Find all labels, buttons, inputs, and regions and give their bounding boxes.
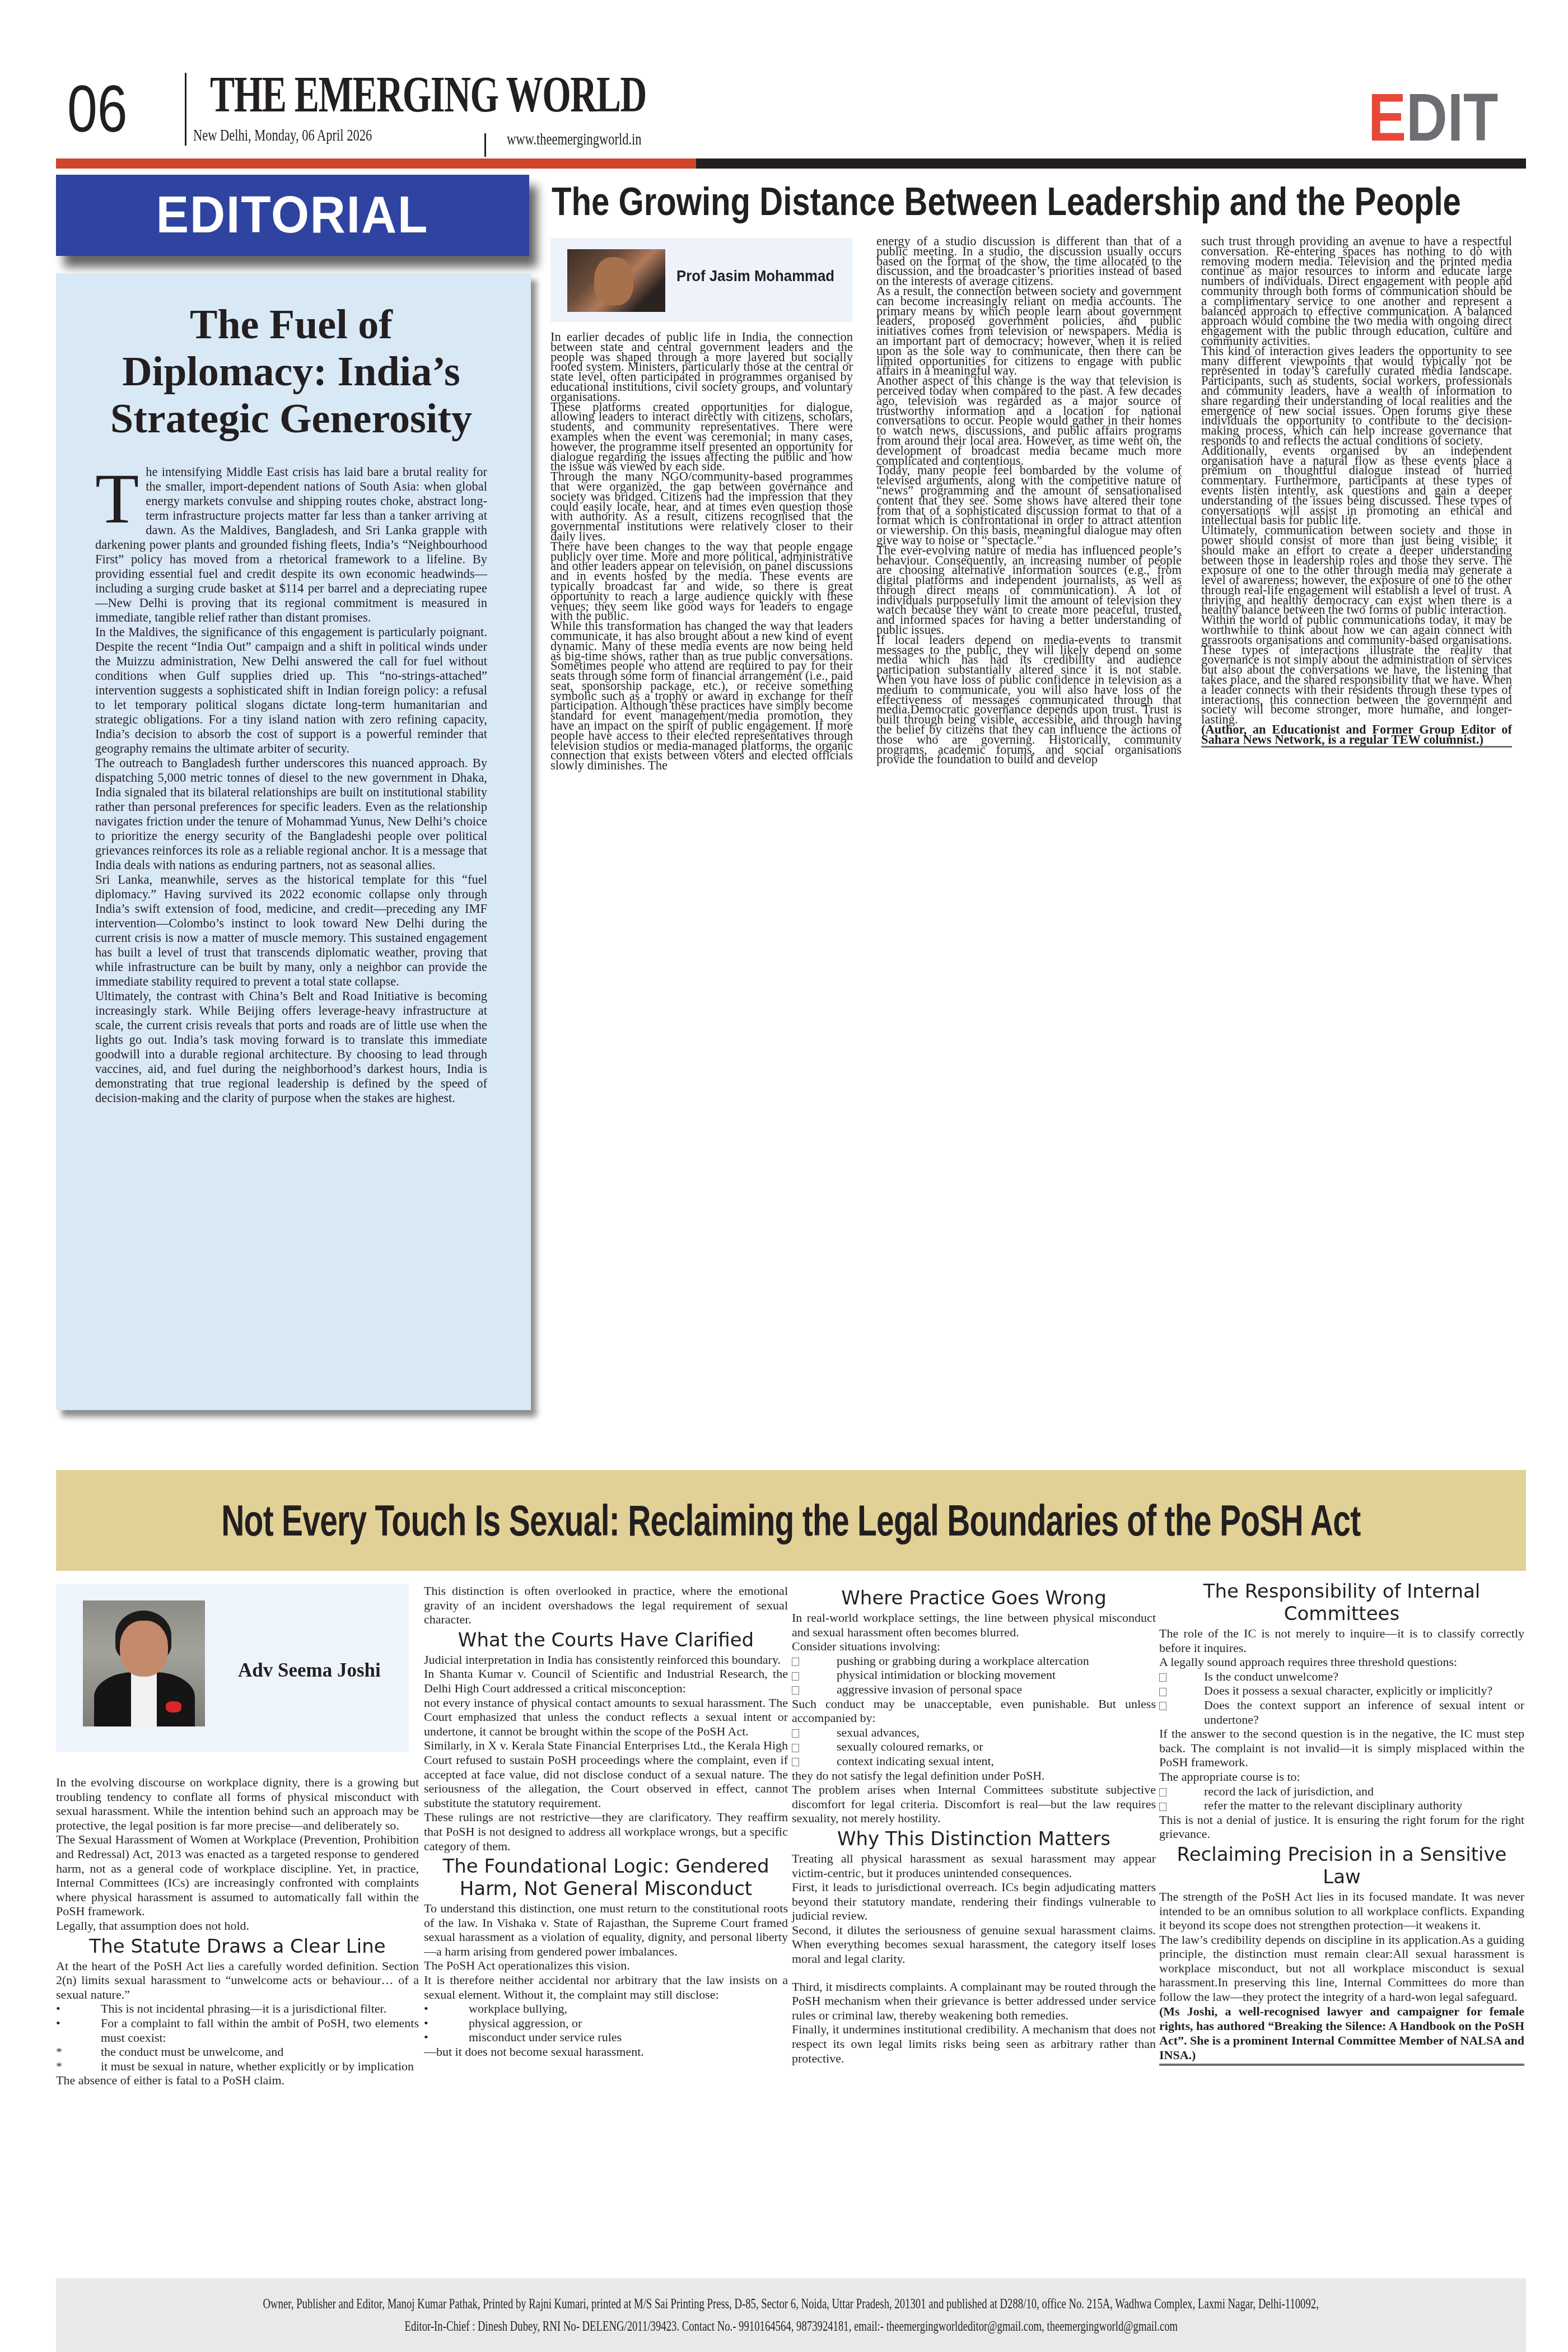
article-paragraph: Consider situations involving:: [792, 1639, 1156, 1654]
section-heading: Reclaiming Precision in a Sensitive Law: [1159, 1844, 1524, 1888]
article-paragraph: To understand this distinction, one must…: [424, 1901, 788, 1958]
author-note: (Author, an Educationist and Former Grou…: [1201, 725, 1512, 748]
website-link[interactable]: www.theemergingworld.in: [507, 130, 642, 149]
imprint-line-2: Editor-In-Chief : Dinesh Dubey, RNI No- …: [404, 2315, 1178, 2337]
checkbox-glyph-icon: [792, 1739, 837, 1754]
list-item: pushing or grabbing during a workplace a…: [792, 1654, 1156, 1668]
author-photo-shirt: [131, 1673, 157, 1726]
author-card: Prof Jasim Mohammad: [550, 238, 853, 322]
article-paragraph: At the heart of the PoSH Act lies a care…: [56, 1959, 419, 2002]
editorial-badge: EDITORIAL: [56, 175, 529, 256]
article-paragraph: Judicial interpretation in India has con…: [424, 1653, 788, 1667]
list-item: *the conduct must be unwelcome, and: [56, 2045, 419, 2059]
list-item: sexually coloured remarks, or: [792, 1739, 1156, 1754]
article-paragraph: Within the world of public communication…: [1201, 615, 1512, 725]
article-paragraph: Second, it dilutes the seriousness of ge…: [792, 1923, 1156, 1966]
bullet-icon: •: [424, 2016, 469, 2031]
article-paragraph: Treating all physical harassment as sexu…: [792, 1851, 1156, 1880]
article-paragraph: The strength of the PoSH Act lies in its…: [1159, 1889, 1524, 1933]
article-paragraph: not every instance of physical contact a…: [424, 1696, 788, 1739]
masthead-bar-black: [696, 158, 1526, 169]
leadership-column-2: energy of a studio discussion is differe…: [876, 236, 1182, 764]
author-photo: [567, 249, 665, 312]
list-item: physical intimidation or blocking moveme…: [792, 1668, 1156, 1682]
article-paragraph: In the evolving discourse on workplace d…: [56, 1775, 419, 1832]
article-paragraph: Additionally, events organised by an ind…: [1201, 446, 1512, 525]
article-paragraph: These rulings are not restrictive—they a…: [424, 1810, 788, 1853]
article-paragraph: Today, many people feel bombarded by the…: [876, 465, 1182, 545]
checkbox-glyph-icon: [792, 1754, 837, 1768]
article-paragraph: Such conduct may be unacceptable, even p…: [792, 1697, 1156, 1725]
article-paragraph: Finally, it undermines institutional cre…: [792, 2022, 1156, 2065]
author-note: (Ms Joshi, a well-recognised lawyer and …: [1159, 2004, 1524, 2066]
newspaper-name: THE EMERGING WORLD: [210, 67, 646, 121]
article-paragraph: The PoSH Act operationalizes this vision…: [424, 1958, 788, 1973]
list-item: •workplace bullying,: [424, 2001, 788, 2016]
leadership-column-3: such trust through providing an avenue t…: [1201, 236, 1512, 748]
article-paragraph: The absence of either is fatal to a PoSH…: [56, 2073, 419, 2088]
article-paragraph: There have been changes to the way that …: [550, 542, 853, 621]
bullet-icon: •: [424, 2001, 469, 2016]
section-heading: The Statute Draws a Clear Line: [56, 1935, 419, 1958]
article-paragraph: such trust through providing an avenue t…: [1201, 236, 1512, 346]
list-item: •misconduct under service rules: [424, 2030, 788, 2045]
editorial-paragraph: The outreach to Bangladesh further under…: [95, 756, 487, 872]
imprint-line-1: Owner, Publisher and Editor, Manoj Kumar…: [263, 2293, 1319, 2315]
checkbox-glyph-icon: [1159, 1798, 1204, 1813]
article-paragraph: Another aspect of this change is the way…: [876, 376, 1182, 465]
bullet-marker: •: [56, 2016, 101, 2045]
dateline: New Delhi, Monday, 06 April 2026: [193, 126, 372, 145]
checkbox-glyph-icon: [792, 1654, 837, 1668]
bullet-marker: •: [56, 2001, 101, 2016]
section-heading: The Foundational Logic: Gendered Harm, N…: [424, 1855, 788, 1900]
list-item: context indicating sexual intent,: [792, 1754, 1156, 1768]
masthead: 06 THE EMERGING WORLD New Delhi, Monday,…: [56, 67, 1526, 157]
posh-article-banner: Not Every Touch Is Sexual: Reclaiming th…: [56, 1470, 1526, 1571]
checkbox-glyph-icon: [792, 1725, 837, 1740]
list-item: *it must be sexual in nature, whether ex…: [56, 2059, 419, 2074]
posh-article-title: Not Every Touch Is Sexual: Reclaiming th…: [221, 1495, 1360, 1546]
article-paragraph: In earlier decades of public life in Ind…: [550, 332, 853, 402]
paragraph-gap: [792, 1966, 1156, 1980]
posh-column-3: Where Practice Goes Wrong In real-world …: [792, 1585, 1156, 2065]
masthead-divider: [185, 73, 186, 146]
article-paragraph: Legally, that assumption does not hold.: [56, 1919, 419, 1933]
section-logo-e: E: [1368, 80, 1406, 155]
list-item: sexual advances,: [792, 1725, 1156, 1740]
list-item: refer the matter to the relevant discipl…: [1159, 1798, 1524, 1813]
article-paragraph: If local leaders depend on media-events …: [876, 635, 1182, 764]
article-paragraph: The ever-evolving nature of media has in…: [876, 545, 1182, 635]
checkbox-glyph-icon: [1159, 1669, 1204, 1684]
article-paragraph: Third, it misdirects complaints. A compl…: [792, 1980, 1156, 2023]
list-item: •This is not incidental phrasing—it is a…: [56, 2001, 419, 2016]
article-paragraph: This kind of interaction gives leaders t…: [1201, 346, 1512, 446]
masthead-bar-red: [56, 158, 696, 169]
list-item: Is the conduct unwelcome?: [1159, 1669, 1524, 1684]
leadership-column-1: In earlier decades of public life in Ind…: [550, 332, 853, 771]
bullet-icon: •: [424, 2030, 469, 2045]
section-heading: What the Courts Have Clarified: [424, 1629, 788, 1651]
editorial-badge-label: EDITORIAL: [156, 186, 429, 245]
article-paragraph: The law’s credibility depends on discipl…: [1159, 1933, 1524, 2004]
checkbox-glyph-icon: [1159, 1698, 1204, 1726]
editorial-body: The intensifying Middle East crisis has …: [95, 465, 487, 1105]
section-heading: Why This Distinction Matters: [792, 1828, 1156, 1850]
article-paragraph: This distinction is often overlooked in …: [424, 1584, 788, 1627]
article-paragraph: These platforms created opportunities fo…: [550, 402, 853, 472]
editorial-paragraph: The intensifying Middle East crisis has …: [95, 465, 487, 625]
author-name: Prof Jasim Mohammad: [676, 267, 834, 285]
leadership-article-title: The Growing Distance Between Leadership …: [552, 174, 1360, 230]
section-logo-edit: EDIT: [1368, 84, 1498, 151]
editorial-article: The Fuel of Diplomacy: India’s Strategic…: [56, 273, 531, 1410]
checkbox-glyph-icon: [1159, 1784, 1204, 1799]
article-paragraph: Ultimately, communication between societ…: [1201, 525, 1512, 615]
article-paragraph: The problem arises when Internal Committ…: [792, 1782, 1156, 1826]
article-paragraph: If the answer to the second question is …: [1159, 1726, 1524, 1770]
list-item: Does the context support an inference of…: [1159, 1698, 1524, 1726]
author-photo: [83, 1600, 205, 1726]
section-heading: The Responsibility of Internal Committee…: [1159, 1580, 1524, 1625]
drop-cap: T: [95, 470, 139, 526]
article-paragraph: As a result, the connection between soci…: [876, 286, 1182, 376]
article-paragraph: energy of a studio discussion is differe…: [876, 236, 1182, 286]
author-photo-face: [594, 257, 633, 305]
list-item: •For a complaint to fall within the ambi…: [56, 2016, 419, 2045]
section-logo-rest: DIT: [1406, 80, 1498, 155]
article-paragraph: A legally sound approach requires three …: [1159, 1655, 1524, 1669]
article-paragraph: In real-world workplace settings, the li…: [792, 1611, 1156, 1639]
list-item: •physical aggression, or: [424, 2016, 788, 2031]
editorial-paragraph: Sri Lanka, meanwhile, serves as the hist…: [95, 872, 487, 989]
article-paragraph: In Shanta Kumar v. Council of Scientific…: [424, 1667, 788, 1695]
editorial-paragraph: Ultimately, the contrast with China’s Be…: [95, 989, 487, 1105]
posh-column-2: This distinction is often overlooked in …: [424, 1584, 788, 2059]
posh-column-1: In the evolving discourse on workplace d…: [56, 1775, 419, 2088]
section-heading: Where Practice Goes Wrong: [792, 1587, 1156, 1609]
checkbox-glyph-icon: [1159, 1683, 1204, 1698]
article-paragraph: they do not satisfy the legal definition…: [792, 1768, 1156, 1783]
author-card: Adv Seema Joshi: [56, 1584, 409, 1752]
author-name: Adv Seema Joshi: [238, 1659, 381, 1682]
article-paragraph: The appropriate course is to:: [1159, 1770, 1524, 1784]
dateline-divider: [484, 133, 486, 157]
article-paragraph: This is not a denial of justice. It is e…: [1159, 1813, 1524, 1841]
article-paragraph: First, it leads to jurisdictional overre…: [792, 1880, 1156, 1923]
editorial-title: The Fuel of Diplomacy: India’s Strategic…: [95, 301, 487, 442]
bullet-marker: *: [56, 2045, 101, 2059]
article-paragraph: Similarly, in X v. Kerala State Financia…: [424, 1738, 788, 1810]
article-paragraph: While this transformation has changed th…: [550, 621, 853, 771]
author-photo-kerchief: [166, 1701, 181, 1712]
article-paragraph: The Sexual Harassment of Women at Workpl…: [56, 1832, 419, 1919]
list-item: Does it possess a sexual character, expl…: [1159, 1683, 1524, 1698]
article-paragraph: It is therefore neither accidental nor a…: [424, 1973, 788, 2001]
bullet-marker: *: [56, 2059, 101, 2074]
posh-column-4: The Responsibility of Internal Committee…: [1159, 1578, 1524, 2066]
article-paragraph: The role of the IC is not merely to inqu…: [1159, 1626, 1524, 1655]
masthead-color-bar: [56, 158, 1526, 169]
author-photo-face: [120, 1621, 168, 1677]
print-imprint: Owner, Publisher and Editor, Manoj Kumar…: [56, 2278, 1526, 2352]
page-number: 06: [67, 67, 128, 151]
list-item: record the lack of jurisdiction, and: [1159, 1784, 1524, 1799]
article-paragraph: —but it does not become sexual harassmen…: [424, 2045, 788, 2059]
checkbox-glyph-icon: [792, 1668, 837, 1682]
article-paragraph: Through the many NGO/community-based pro…: [550, 472, 853, 542]
checkbox-glyph-icon: [792, 1682, 837, 1697]
editorial-paragraph: In the Maldives, the significance of thi…: [95, 625, 487, 756]
list-item: aggressive invasion of personal space: [792, 1682, 1156, 1697]
